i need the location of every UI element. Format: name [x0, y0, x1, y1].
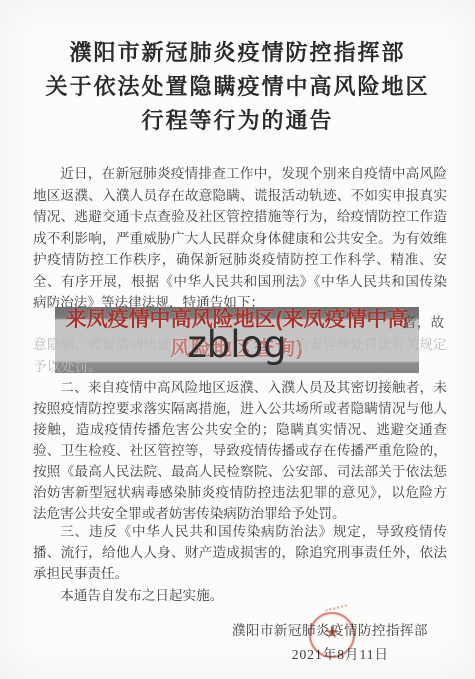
- obscured-text-fragment: 予以处罚。: [33, 355, 102, 375]
- body-text-line: 护疫情防控工作秩序，确保新冠肺炎疫情防控工作科学、精准、安: [33, 249, 447, 271]
- body-text-line: 接触，造成疫情传播危害公共安全的；隐瞒真实情况、逃避交通查: [33, 419, 447, 440]
- paragraph-two: 二、来自疫情中高风险地区返濮、入濮人员及其密切接触者，未按照疫情防控要求落实隔离…: [33, 377, 447, 524]
- paragraph-intro: 近日，在新冠肺炎疫情排查工作中，发现个别来自疫情中高风险地区返濮、入濮人员存在故…: [33, 163, 447, 314]
- body-text-line: 本通告自发布之日起实施。: [33, 585, 447, 607]
- body-text-line: 按照《最高人民法院、最高人民检察院、公安部、司法部关于依法惩: [33, 461, 447, 482]
- body-text-line: 成不利影响，严重威胁广大人民群众身体健康和公共安全。为有效维: [33, 228, 447, 250]
- paragraph-three: 三、违反《中华人民共和国传染病防治法》规定，导致疫情传播、流行，给他人人身、财产…: [33, 521, 447, 584]
- body-text-line: 验、卫生检疫、社区管控等，导致疫情传播或存在传播严重危险的，: [33, 440, 447, 461]
- body-text-line: 地区返濮、入濮人员存在故意隐瞒、谎报活动轨迹、不如实申报真实: [33, 185, 447, 207]
- notice-title-line: 濮阳市新冠肺炎疫情防控指挥部: [0, 36, 475, 70]
- body-text-line: 三、违反《中华人民共和国传染病防治法》规定，导致疫情传: [33, 521, 447, 542]
- obscured-text-fragment: 意隐瞒、谎报活动轨迹: [33, 333, 171, 353]
- body-text-line: 承担民事责任。: [33, 563, 447, 584]
- star-icon: ★: [309, 623, 355, 643]
- body-text-line: 二、来自疫情中高风险地区返濮、入濮人员及其密切接触者，未: [33, 377, 447, 398]
- obscured-text-fragment: 治安管理处罚法有关规定: [295, 333, 447, 353]
- notice-title: 濮阳市新冠肺炎疫情防控指挥部关于依法处置隐瞒疫情中高风险地区行程等行为的通告: [0, 36, 475, 138]
- body-text-line: 近日，在新冠肺炎疫情排查工作中，发现个别来自疫情中高风险: [33, 163, 447, 185]
- body-text-line: 按照疫情防控要求落实隔离措施，进入公共场所或者隐瞒情况与他人: [33, 398, 447, 419]
- official-seal: ★: [309, 612, 355, 658]
- body-text-line: 治妨害新型冠状病毒感染肺炎疫情防控违法犯罪的意见》，以危险方: [33, 482, 447, 503]
- notice-title-line: 关于依法处置隐瞒疫情中高风险地区: [0, 70, 475, 104]
- body-text-line: 情况、逃避交通卡点查验及社区管控措施等行为，给疫情防控工作造: [33, 206, 447, 228]
- body-text-line: 全、有序开展，根据《中华人民共和国刑法》《中华人民共和国传染: [33, 271, 447, 293]
- obscured-text-fragment: 者，故: [403, 311, 444, 331]
- notice-title-line: 行程等行为的通告: [0, 104, 475, 138]
- notice-photo: 濮阳市新冠肺炎疫情防控指挥部关于依法处置隐瞒疫情中高风险地区行程等行为的通告 近…: [0, 0, 475, 679]
- body-text-line: 播、流行，给他人人身、财产造成损害的，除追究刑事责任外，依法: [33, 542, 447, 563]
- watermark-headline-line1: 来凤疫情中高风险地区(来凤疫情中高: [55, 308, 419, 332]
- closing-sentence: 本通告自发布之日起实施。: [33, 585, 447, 607]
